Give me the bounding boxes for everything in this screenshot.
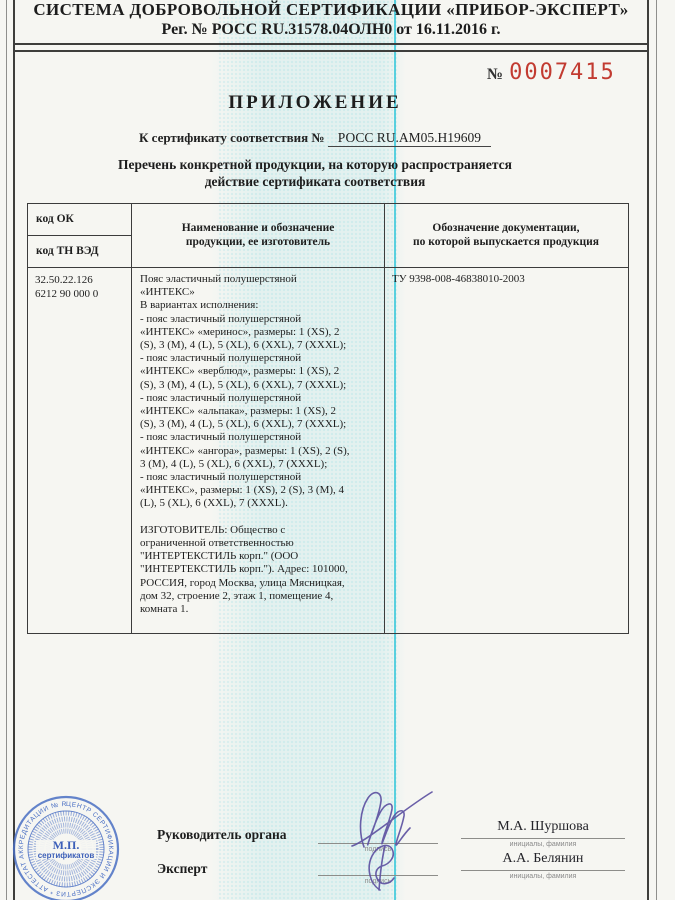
main-box-top-line: [13, 50, 649, 52]
stamp-center-word: сертификатов: [38, 851, 95, 860]
system-name: СИСТЕМА ДОБРОВОЛЬНОЙ СЕРТИФИКАЦИИ «ПРИБО…: [15, 0, 647, 20]
page-border-right-inner: [647, 0, 649, 900]
expert-name: А.А. Белянин: [461, 851, 625, 867]
list-subtitle: Перечень конкретной продукции, на котору…: [15, 157, 615, 190]
system-header: СИСТЕМА ДОБРОВОЛЬНОЙ СЕРТИФИКАЦИИ «ПРИБО…: [15, 0, 647, 39]
handwritten-signatures: [340, 786, 450, 900]
round-stamp: М.П. сертификатов ЦЕНТР СЕРТИФИКАЦИИ И Э…: [10, 793, 122, 900]
page-border-left-outer: [6, 0, 7, 900]
certificate-reference: К сертификату соответствия № РОСС RU.AM0…: [15, 130, 615, 146]
signature-role-head: Руководитель органа: [157, 827, 287, 843]
table-divider-col1: [131, 204, 132, 633]
col1-header-tnved: код ТН ВЭД: [36, 245, 99, 259]
page-title: ПРИЛОЖЕНИЕ: [15, 92, 615, 114]
signature-role-expert: Эксперт: [157, 861, 207, 877]
header-box-bottom-line: [13, 43, 649, 45]
name-line-expert: [461, 870, 625, 871]
col2-header: Наименование и обозначение продукции, ее…: [132, 222, 384, 249]
system-reg-number: Рег. № РОСС RU.31578.04ОЛН0 от 16.11.201…: [15, 21, 647, 39]
stamp-center-mp: М.П.: [53, 838, 80, 852]
col1-header-ok: код ОК: [36, 213, 74, 227]
name-caption-head: инициалы, фамилия: [461, 841, 625, 848]
certificate-reference-value: РОСС RU.AM05.H19609: [328, 130, 491, 147]
number-sign: №: [487, 66, 503, 84]
certificate-reference-label: К сертификату соответствия №: [139, 130, 325, 145]
products-table: код ОК код ТН ВЭД Наименование и обознач…: [27, 203, 629, 634]
page-border-right-outer: [656, 0, 657, 900]
name-line-head: [461, 838, 625, 839]
table-col1-split-line: [28, 235, 131, 236]
head-name: М.А. Шуршова: [461, 819, 625, 835]
col3-header: Обозначение документации, по которой вып…: [385, 222, 627, 249]
table-header-bottom-line: [28, 267, 628, 268]
certificate-page: СИСТЕМА ДОБРОВОЛЬНОЙ СЕРТИФИКАЦИИ «ПРИБО…: [0, 0, 675, 900]
row-documentation: ТУ 9398-008-46838010-2003: [392, 273, 622, 287]
form-number-value: 0007415: [509, 62, 616, 84]
row-codes: 32.50.22.126 6212 90 000 0: [35, 273, 98, 301]
name-caption-expert: инициалы, фамилия: [461, 873, 625, 880]
form-number: № 0007415: [487, 62, 616, 84]
row-product-description: Пояс эластичный полушерстяной «ИНТЕКС» В…: [140, 273, 380, 616]
table-divider-col2: [384, 204, 385, 633]
